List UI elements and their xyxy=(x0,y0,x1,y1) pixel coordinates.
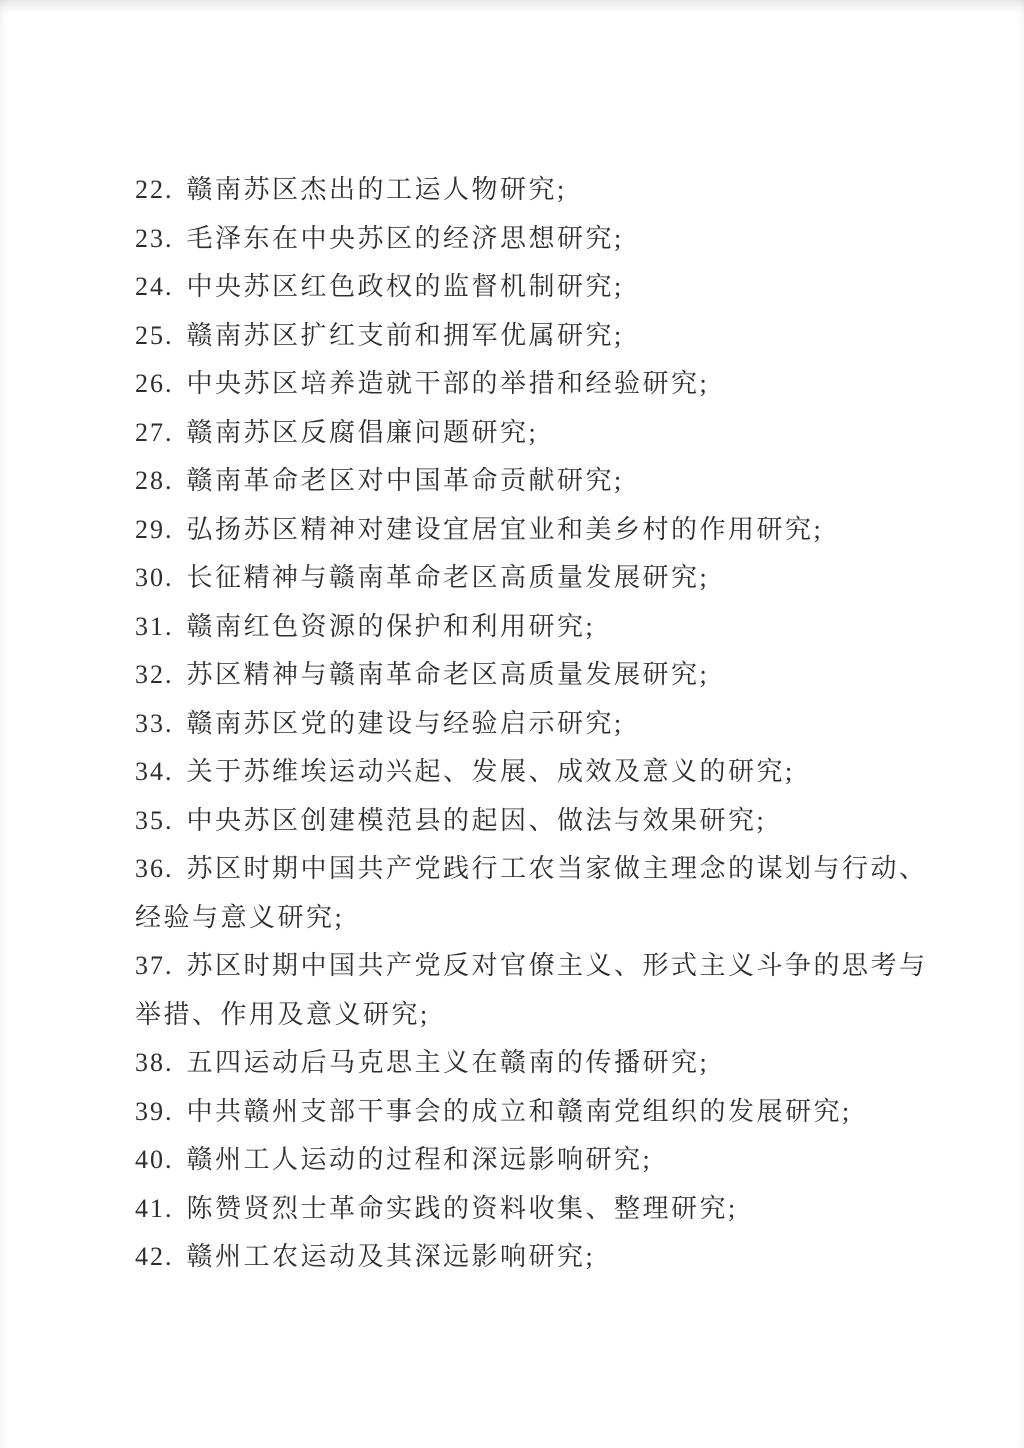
item-text: 弘扬苏区精神对建设宜居宜业和美乡村的作用研究; xyxy=(187,515,824,544)
list-item: 25.赣南苏区扩红支前和拥军优属研究; xyxy=(135,312,935,361)
item-text: 毛泽东在中央苏区的经济思想研究; xyxy=(187,224,624,253)
list-item: 29.弘扬苏区精神对建设宜居宜业和美乡村的作用研究; xyxy=(135,506,935,555)
item-number: 38. xyxy=(135,1048,174,1077)
item-number: 27. xyxy=(135,418,174,447)
list-item: 30.长征精神与赣南革命老区高质量发展研究; xyxy=(135,554,935,603)
item-text: 赣南苏区杰出的工运人物研究; xyxy=(187,175,567,204)
item-number: 35. xyxy=(135,806,174,835)
document-page: 22.赣南苏区杰出的工运人物研究; 23.毛泽东在中央苏区的经济思想研究; 24… xyxy=(0,0,1024,1448)
item-text: 苏区时期中国共产党践行工农当家做主理念的谋划与行动、经验与意义研究; xyxy=(135,854,928,932)
item-number: 40. xyxy=(135,1145,174,1174)
item-text: 陈赞贤烈士革命实践的资料收集、整理研究; xyxy=(187,1194,738,1223)
list-item: 35.中央苏区创建模范县的起因、做法与效果研究; xyxy=(135,797,935,846)
item-number: 28. xyxy=(135,466,174,495)
item-number: 22. xyxy=(135,175,174,204)
list-item: 36.苏区时期中国共产党践行工农当家做主理念的谋划与行动、经验与意义研究; xyxy=(135,845,935,942)
item-number: 36. xyxy=(135,854,174,883)
list-item: 32.苏区精神与赣南革命老区高质量发展研究; xyxy=(135,651,935,700)
list-item: 41.陈赞贤烈士革命实践的资料收集、整理研究; xyxy=(135,1185,935,1234)
list-item: 42.赣州工农运动及其深远影响研究; xyxy=(135,1233,935,1282)
item-text: 中共赣州支部干事会的成立和赣南党组织的发展研究; xyxy=(187,1097,852,1126)
item-text: 赣州工人运动的过程和深远影响研究; xyxy=(187,1145,653,1174)
item-text: 苏区时期中国共产党反对官僚主义、形式主义斗争的思考与举措、作用及意义研究; xyxy=(135,951,928,1029)
item-number: 41. xyxy=(135,1194,174,1223)
item-number: 37. xyxy=(135,951,174,980)
item-text: 赣南苏区扩红支前和拥军优属研究; xyxy=(187,321,624,350)
list-item: 28.赣南革命老区对中国革命贡献研究; xyxy=(135,457,935,506)
list-item: 24.中央苏区红色政权的监督机制研究; xyxy=(135,263,935,312)
list-item: 26.中央苏区培养造就干部的举措和经验研究; xyxy=(135,360,935,409)
item-text: 关于苏维埃运动兴起、发展、成效及意义的研究; xyxy=(187,757,795,786)
item-text: 中央苏区红色政权的监督机制研究; xyxy=(187,272,624,301)
item-number: 26. xyxy=(135,369,174,398)
item-text: 赣南苏区反腐倡廉问题研究; xyxy=(187,418,539,447)
item-text: 赣州工农运动及其深远影响研究; xyxy=(187,1242,596,1271)
list-item: 34.关于苏维埃运动兴起、发展、成效及意义的研究; xyxy=(135,748,935,797)
item-number: 29. xyxy=(135,515,174,544)
item-number: 33. xyxy=(135,709,174,738)
list-item: 40.赣州工人运动的过程和深远影响研究; xyxy=(135,1136,935,1185)
item-text: 中央苏区创建模范县的起因、做法与效果研究; xyxy=(187,806,767,835)
list-item: 39.中共赣州支部干事会的成立和赣南党组织的发展研究; xyxy=(135,1088,935,1137)
item-text: 赣南红色资源的保护和利用研究; xyxy=(187,612,596,641)
item-number: 39. xyxy=(135,1097,174,1126)
item-number: 42. xyxy=(135,1242,174,1271)
list-item: 37.苏区时期中国共产党反对官僚主义、形式主义斗争的思考与举措、作用及意义研究; xyxy=(135,942,935,1039)
item-text: 中央苏区培养造就干部的举措和经验研究; xyxy=(187,369,710,398)
item-text: 五四运动后马克思主义在赣南的传播研究; xyxy=(187,1048,710,1077)
item-text: 长征精神与赣南革命老区高质量发展研究; xyxy=(187,563,710,592)
list-item: 38.五四运动后马克思主义在赣南的传播研究; xyxy=(135,1039,935,1088)
list-item: 22.赣南苏区杰出的工运人物研究; xyxy=(135,166,935,215)
item-number: 34. xyxy=(135,757,174,786)
item-number: 25. xyxy=(135,321,174,350)
item-number: 32. xyxy=(135,660,174,689)
list-item: 31.赣南红色资源的保护和利用研究; xyxy=(135,603,935,652)
item-number: 31. xyxy=(135,612,174,641)
list-item: 33.赣南苏区党的建设与经验启示研究; xyxy=(135,700,935,749)
item-number: 30. xyxy=(135,563,174,592)
topic-list: 22.赣南苏区杰出的工运人物研究; 23.毛泽东在中央苏区的经济思想研究; 24… xyxy=(135,166,935,1282)
item-text: 苏区精神与赣南革命老区高质量发展研究; xyxy=(187,660,710,689)
item-number: 24. xyxy=(135,272,174,301)
item-number: 23. xyxy=(135,224,174,253)
item-text: 赣南苏区党的建设与经验启示研究; xyxy=(187,709,624,738)
item-text: 赣南革命老区对中国革命贡献研究; xyxy=(187,466,624,495)
list-item: 27.赣南苏区反腐倡廉问题研究; xyxy=(135,409,935,458)
list-item: 23.毛泽东在中央苏区的经济思想研究; xyxy=(135,215,935,264)
